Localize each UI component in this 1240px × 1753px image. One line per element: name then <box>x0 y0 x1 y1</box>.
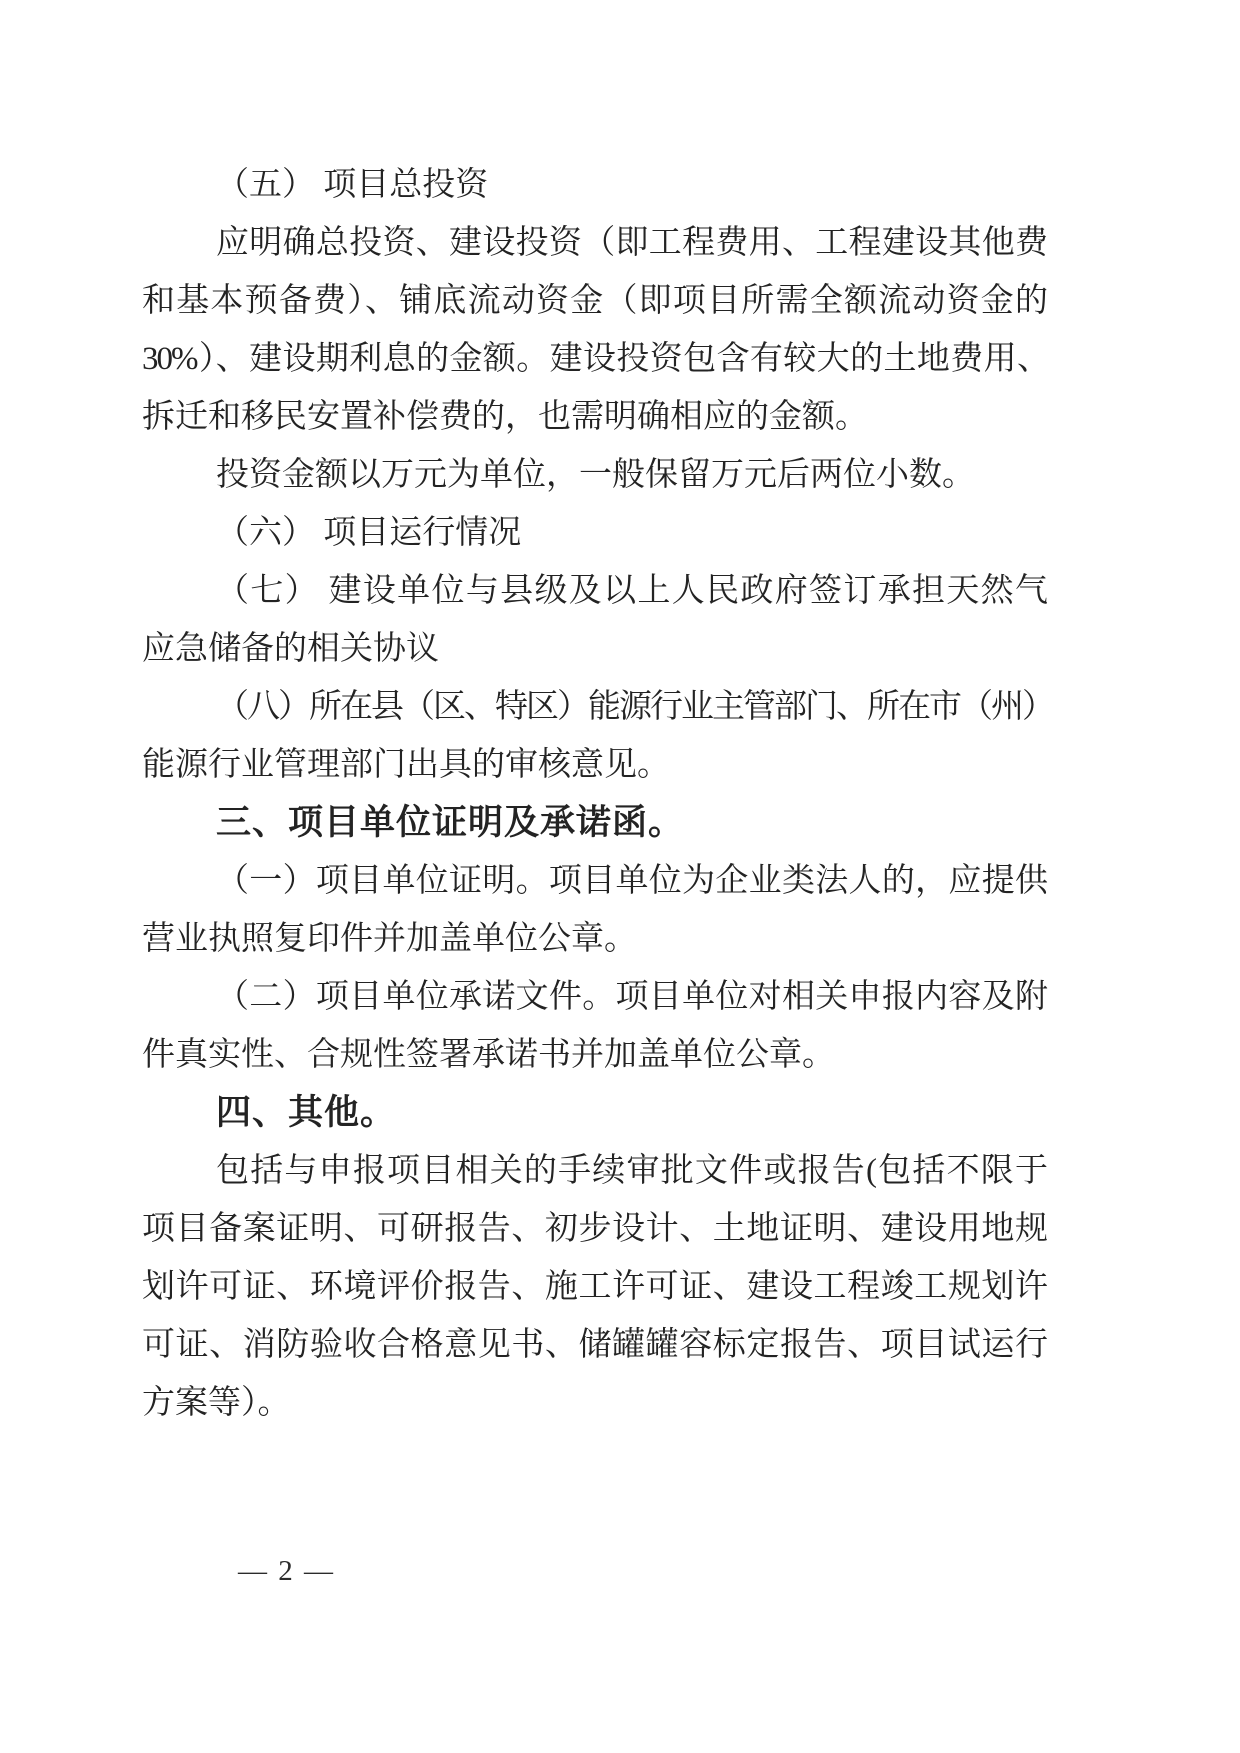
page-number: — 2 — <box>238 1549 335 1593</box>
text-line: 件真实性、合规性签署承诺书并加盖单位公章。 <box>142 1026 1048 1084</box>
text-line: （八）所在县（区、特区）能源行业主管部门、所在市（州） <box>142 678 1048 736</box>
text-line: 应急储备的相关协议 <box>142 620 1048 678</box>
text-line: （五） 项目总投资 <box>142 156 1048 214</box>
text-line: 包括与申报项目相关的手续审批文件或报告(包括不限于 <box>142 1142 1048 1200</box>
text-line: 投资金额以万元为单位，一般保留万元后两位小数。 <box>142 446 1048 504</box>
text-line: 和基本预备费）、铺底流动资金（即项目所需全额流动资金的 <box>142 272 1048 330</box>
text-line: （七） 建设单位与县级及以上人民政府签订承担天然气 <box>142 562 1048 620</box>
text-line: 能源行业管理部门出具的审核意见。 <box>142 736 1048 794</box>
text-line: 营业执照复印件并加盖单位公章。 <box>142 910 1048 968</box>
document-body: （五） 项目总投资应明确总投资、建设投资（即工程费用、工程建设其他费和基本预备费… <box>142 156 1048 1432</box>
text-line: 方案等）。 <box>142 1374 1048 1432</box>
text-line: （六） 项目运行情况 <box>142 504 1048 562</box>
text-line: 应明确总投资、建设投资（即工程费用、工程建设其他费 <box>142 214 1048 272</box>
document-page: （五） 项目总投资应明确总投资、建设投资（即工程费用、工程建设其他费和基本预备费… <box>0 0 1240 1753</box>
text-line: （二）项目单位承诺文件。项目单位对相关申报内容及附 <box>142 968 1048 1026</box>
text-line: （一）项目单位证明。项目单位为企业类法人的，应提供 <box>142 852 1048 910</box>
text-line: 项目备案证明、可研报告、初步设计、土地证明、建设用地规 <box>142 1200 1048 1258</box>
text-line: 30%）、建设期利息的金额。建设投资包含有较大的土地费用、 <box>142 330 1048 388</box>
text-line: 划许可证、环境评价报告、施工许可证、建设工程竣工规划许 <box>142 1258 1048 1316</box>
text-line: 三、项目单位证明及承诺函。 <box>142 794 1048 852</box>
text-line: 四、其他。 <box>142 1084 1048 1142</box>
text-line: 可证、消防验收合格意见书、储罐罐容标定报告、项目试运行 <box>142 1316 1048 1374</box>
text-line: 拆迁和移民安置补偿费的，也需明确相应的金额。 <box>142 388 1048 446</box>
